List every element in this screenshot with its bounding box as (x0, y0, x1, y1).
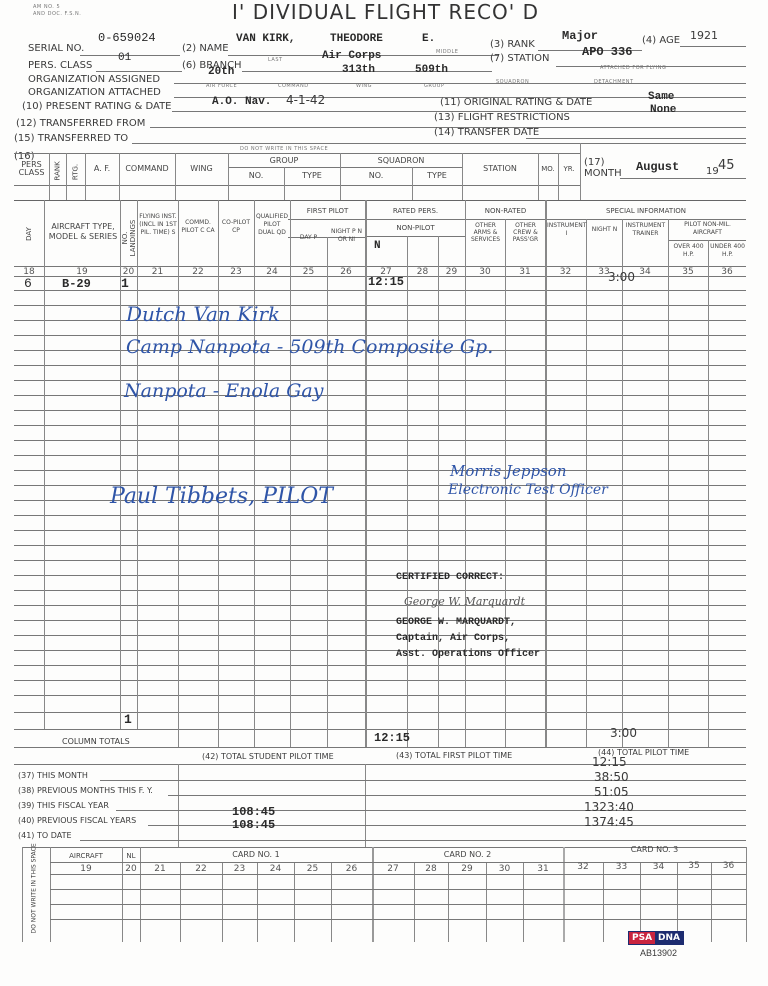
pers-class-label: PERS. CLASS (28, 60, 92, 71)
colnum-31: 31 (505, 267, 545, 277)
psa-dna-badge: PSA DNA (628, 931, 684, 945)
cards-nl: NL (122, 852, 140, 860)
colnum-21: 21 (137, 267, 178, 277)
present-rating-value: A.O. Nav. (212, 96, 271, 108)
rank-label: (3) RANK (490, 39, 535, 50)
original-rating-label: (11) ORIGINAL RATING & DATE (440, 97, 592, 108)
colnum-36: 36 (708, 267, 746, 277)
col-wing: WING (175, 165, 228, 173)
hdr-night: NIGHT N (587, 226, 622, 234)
card-no-1: CARD NO. 1 (140, 851, 372, 859)
summary-row-previous-months: (38) PREVIOUS MONTHS THIS F. Y. (18, 786, 153, 795)
row-landings: 1 (121, 276, 129, 291)
total-to-date: 1374:45 (584, 815, 634, 829)
hdr-under-400: UNDER 400 H.P. (709, 243, 746, 259)
station-label: (7) STATION (490, 53, 550, 64)
month-value: August (636, 160, 679, 174)
hdr-non-pilot: NON-PILOT (366, 224, 465, 232)
sub-wing: WING (356, 83, 372, 89)
form-number: AM NO. 5 (33, 4, 60, 10)
col-mo: MO. (538, 165, 558, 173)
do-not-write-label: DO NOT WRITE IN THIS SPACE (240, 146, 328, 152)
org-assigned-label: ORGANIZATION ASSIGNED (28, 74, 160, 85)
sub-detachment: DETACHMENT (594, 79, 634, 85)
cards-aircraft: AIRCRAFT (50, 852, 122, 860)
row-day: 6 (24, 276, 32, 291)
pers-class-value: 01 (118, 52, 131, 64)
pilot-signature: Paul Tibbets, PILOT (110, 484, 333, 509)
transferred-from-label: (12) TRANSFERRED FROM (16, 118, 145, 129)
totals-col33: 3:00 (610, 726, 637, 740)
hdr-flying-inst: FLYING INST. (INCL IN 1ST PIL. TIME) S (139, 213, 177, 237)
col-rtg: RTG. (72, 163, 80, 182)
hdr-other-arms: OTHER ARMS & SERVICES (466, 222, 505, 243)
hdr-instrument: INSTRUMENT I (547, 222, 586, 238)
note-aircraft: Nanpota - Enola Gay (124, 380, 323, 402)
col-rank: RANK (54, 164, 62, 181)
org-air-force: 20th (208, 66, 234, 78)
card-col-32: 32 (563, 862, 603, 872)
col-squadron-type: TYPE (412, 172, 462, 180)
cards-do-not-write: DO NOT WRITE IN THIS SPACE (31, 854, 38, 934)
totals-col27: 12:15 (374, 731, 410, 745)
card-col-29: 29 (448, 864, 486, 874)
total-this-fy: 51:05 (594, 785, 629, 799)
col-yr: YR. (558, 165, 580, 173)
name-label: (2) NAME (182, 43, 229, 54)
card-col-34: 34 (640, 862, 677, 872)
card-col-33: 33 (603, 862, 640, 872)
card-col-19: 19 (50, 864, 122, 874)
age-label: (4) AGE (642, 35, 680, 46)
col-pers-class: PERS CLASS (14, 161, 49, 177)
note-unit: Camp Nanpota - 509th Composite Gp. (126, 336, 493, 358)
station-sub: ATTACHED FOR FLYING (600, 65, 666, 71)
hdr-first-day: DAY P (290, 234, 327, 242)
hdr-special-info: SPECIAL INFORMATION (546, 207, 746, 215)
serial-no-value: 0-659024 (98, 31, 156, 45)
year-value: 45 (718, 158, 735, 173)
org-group: 509th (415, 64, 448, 76)
card-col-31: 31 (523, 864, 563, 874)
cert-signature: George W. Marquardt (404, 595, 525, 608)
total-previous-months: 38:50 (594, 770, 629, 784)
year-prefix: 19 (706, 166, 719, 177)
totals-landings: 1 (124, 712, 132, 727)
col-station: STATION (462, 165, 538, 173)
org-wing: 313th (342, 64, 375, 76)
hdr-instr-trainer: INSTRUMENT TRAINER (623, 222, 668, 238)
psa-logo: PSA (629, 932, 655, 944)
hdr-pilot-non-mil: PILOT NON-MIL. AIRCRAFT (669, 221, 746, 237)
flight-restrictions-label: (13) FLIGHT RESTRICTIONS (434, 112, 570, 123)
card-col-36: 36 (711, 861, 746, 871)
rank-value: Major (562, 29, 598, 43)
original-rating-value: Same (648, 91, 674, 103)
hdr-landings: NO. LANDINGS (121, 217, 137, 259)
card-col-27: 27 (372, 864, 414, 874)
sub-air-force: AIR FORCE (206, 83, 237, 89)
card-col-21: 21 (140, 864, 180, 874)
colnum-32: 32 (545, 267, 586, 277)
summary-row-to-date: (41) TO DATE (18, 831, 72, 840)
col-command: COMMAND (119, 165, 175, 173)
note-name: Dutch Van Kirk (126, 302, 280, 326)
hdr-qualified: QUALIFIED PILOT DUAL QD (255, 213, 289, 237)
non-pilot-n: N (374, 240, 381, 252)
cert-name: GEORGE W. MARQUARDT, (396, 617, 516, 628)
cert-title-2: Asst. Operations Officer (396, 649, 540, 660)
column-totals-label: COLUMN TOTALS (62, 737, 130, 746)
name-first: THEODORE (330, 33, 383, 45)
col-group-no: NO. (228, 172, 284, 180)
card-col-23: 23 (222, 864, 257, 874)
card-col-20: 20 (122, 864, 140, 874)
colnum-29: 29 (438, 267, 465, 277)
flight-restrictions-value: None (650, 104, 676, 116)
sub-command: COMMAND (278, 83, 309, 89)
col-group: GROUP (228, 157, 340, 165)
hdr-student-pilot-time: (42) TOTAL STUDENT PILOT TIME (202, 752, 334, 761)
hdr-first-pilot: FIRST PILOT (290, 207, 365, 215)
card-col-25: 25 (294, 864, 331, 874)
officer-title: Electronic Test Officer (448, 482, 608, 498)
card-col-30: 30 (486, 864, 523, 874)
station-value: APO 336 (582, 45, 632, 59)
colnum-25: 25 (290, 267, 327, 277)
name-sub-middle: MIDDLE (436, 49, 458, 55)
col-squadron: SQUADRON (340, 157, 462, 165)
hdr-other-crew: OTHER CREW & PASS'GR (506, 222, 545, 243)
hdr-commd-pilot: COMMD. PILOT C CA (179, 219, 217, 235)
present-rating-date: 4-1-42 (286, 93, 325, 107)
row-col33: 3:00 (608, 270, 635, 284)
card-col-35: 35 (677, 861, 711, 871)
col-af: A. F. (85, 165, 119, 173)
dna-logo: DNA (655, 932, 683, 944)
student-previous-fy: 108:45 (232, 818, 275, 832)
card-no-2: CARD NO. 2 (372, 851, 563, 859)
colnum-24: 24 (254, 267, 290, 277)
card-col-26: 26 (331, 864, 372, 874)
hdr-day: DAY (25, 219, 33, 249)
summary-row-this-month: (37) THIS MONTH (18, 771, 88, 780)
age-value: 1921 (690, 29, 718, 42)
colnum-22: 22 (178, 267, 218, 277)
hdr-first-night: NIGHT P N OR NI (328, 228, 365, 244)
cert-number: AB13902 (640, 948, 677, 958)
col-squadron-no: NO. (340, 172, 412, 180)
present-rating-label: (10) PRESENT RATING & DATE (22, 101, 172, 112)
colnum-23: 23 (218, 267, 254, 277)
branch-value: Air Corps (322, 50, 381, 62)
hdr-non-rated: NON-RATED (466, 207, 545, 215)
sub-group: GROUP (424, 83, 444, 89)
name-last: VAN KIRK, (236, 33, 295, 45)
hdr-first-pilot-time: (43) TOTAL FIRST PILOT TIME (396, 751, 512, 760)
hdr-over-400: OVER 400 H.P. (669, 243, 708, 259)
sub-squadron: SQUADRON (496, 79, 529, 85)
month-label: (17) MONTH (584, 157, 624, 179)
org-attached-label: ORGANIZATION ATTACHED (28, 87, 161, 98)
summary-row-this-fy: (39) THIS FISCAL YEAR (18, 801, 109, 810)
transferred-to-label: (15) TRANSFERRED TO (14, 133, 128, 144)
cert-heading: CERTIFIED CORRECT: (396, 572, 504, 583)
card-col-24: 24 (257, 864, 294, 874)
serial-no-label: SERIAL NO. (28, 43, 84, 54)
col-group-type: TYPE (284, 172, 340, 180)
name-sub-last: LAST (268, 57, 283, 63)
transfer-date-label: (14) TRANSFER DATE (434, 127, 539, 138)
name-middle: E. (422, 33, 435, 45)
cert-title-1: Captain, Air Corps, (396, 633, 510, 644)
colnum-19: 19 (44, 267, 120, 277)
officer-signature: Morris Jeppson (450, 462, 566, 480)
student-this-fy: 108:45 (232, 805, 275, 819)
hdr-aircraft: AIRCRAFT TYPE, MODEL & SERIES (48, 222, 118, 242)
hdr-rated-pers: RATED PERS. (366, 207, 465, 215)
total-this-month: 12:15 (592, 755, 627, 769)
form-title: I' DIVIDUAL FLIGHT RECO' D (232, 0, 539, 24)
form-doc-code: AND DOC. F.S.N. (33, 11, 81, 17)
colnum-26: 26 (327, 267, 365, 277)
card-col-28: 28 (414, 864, 448, 874)
summary-row-previous-fy: (40) PREVIOUS FISCAL YEARS (18, 816, 136, 825)
total-previous-fy: 1323:40 (584, 800, 634, 814)
card-no-3: CARD NO. 3 (563, 846, 746, 854)
colnum-30: 30 (465, 267, 505, 277)
card-col-22: 22 (180, 864, 222, 874)
colnum-28: 28 (407, 267, 438, 277)
row-col27: 12:15 (368, 275, 404, 289)
hdr-co-pilot: CO-PILOT CP (219, 219, 253, 235)
colnum-35: 35 (668, 267, 708, 277)
row-aircraft: B-29 (62, 277, 91, 291)
